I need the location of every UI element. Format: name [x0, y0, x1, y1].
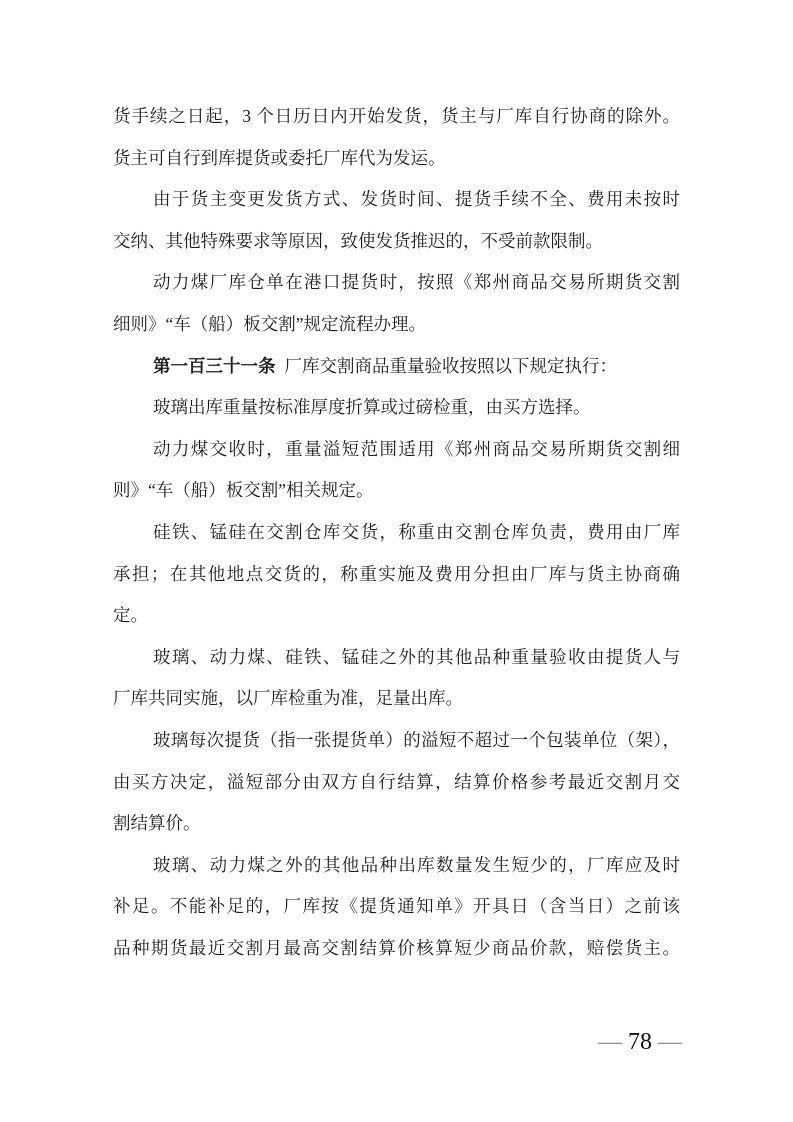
page-number-dash-right: — [658, 1028, 682, 1056]
text-line: 货手续之日起，3 个日历日内开始发货，货主与厂库自行协商的除外。 [113, 96, 680, 138]
text-line: 厂库共同实施，以厂库检重为准，足量出库。 [113, 678, 680, 720]
text-line: 由买方决定，溢短部分由双方自行结算，结算价格参考最近交割月交 [113, 762, 680, 804]
text-line: 货主可自行到库提货或委托厂库代为发运。 [113, 138, 680, 180]
text-line: 补足。不能补足的，厂库按《提货通知单》开具日（含当日）之前该 [113, 886, 680, 928]
article-number: 第一百三十一条 [153, 356, 276, 376]
text-line: 割结算价。 [113, 803, 680, 845]
text-line: 交纳、其他特殊要求等原因，致使发货推迟的，不受前款限制。 [113, 221, 680, 263]
text-line: 玻璃出库重量按标准厚度折算或过磅检重，由买方选择。 [113, 387, 680, 429]
text-line: 定。 [113, 595, 680, 637]
text-line: 动力煤厂库仓单在港口提货时，按照《郑州商品交易所期货交割 [113, 262, 680, 304]
text-line: 承担；在其他地点交货的，称重实施及费用分担由厂库与货主协商确 [113, 554, 680, 596]
text-line: 玻璃每次提货（指一张提货单）的溢短不超过一个包装单位（架）， [113, 720, 680, 762]
text-line: 由于货主变更发货方式、发货时间、提货手续不全、费用未按时 [113, 179, 680, 221]
article-heading-line: 第一百三十一条厂库交割商品重量验收按照以下规定执行： [113, 346, 680, 388]
page-number-dash-left: — [598, 1028, 622, 1056]
document-page: 货手续之日起，3 个日历日内开始发货，货主与厂库自行协商的除外。 货主可自行到库… [0, 0, 793, 1122]
text-line: 硅铁、锰硅在交割仓库交货，称重由交割仓库负责，费用由厂库 [113, 512, 680, 554]
page-footer: — 78 — [598, 1028, 682, 1056]
text-line: 动力煤交收时，重量溢短范围适用《郑州商品交易所期货交割细 [113, 429, 680, 471]
text-line: 玻璃、动力煤之外的其他品种出库数量发生短少的，厂库应及时 [113, 845, 680, 887]
text-line: 玻璃、动力煤、硅铁、锰硅之外的其他品种重量验收由提货人与 [113, 637, 680, 679]
text-line: 品种期货最近交割月最高交割结算价核算短少商品价款，赔偿货主。 [113, 928, 680, 970]
document-body: 货手续之日起，3 个日历日内开始发货，货主与厂库自行协商的除外。 货主可自行到库… [113, 96, 680, 969]
page-number: 78 [626, 1028, 654, 1056]
article-heading-text: 厂库交割商品重量验收按照以下规定执行： [285, 356, 618, 376]
text-line: 细则》“车（船）板交割”规定流程办理。 [113, 304, 680, 346]
text-line: 则》“车（船）板交割”相关规定。 [113, 470, 680, 512]
